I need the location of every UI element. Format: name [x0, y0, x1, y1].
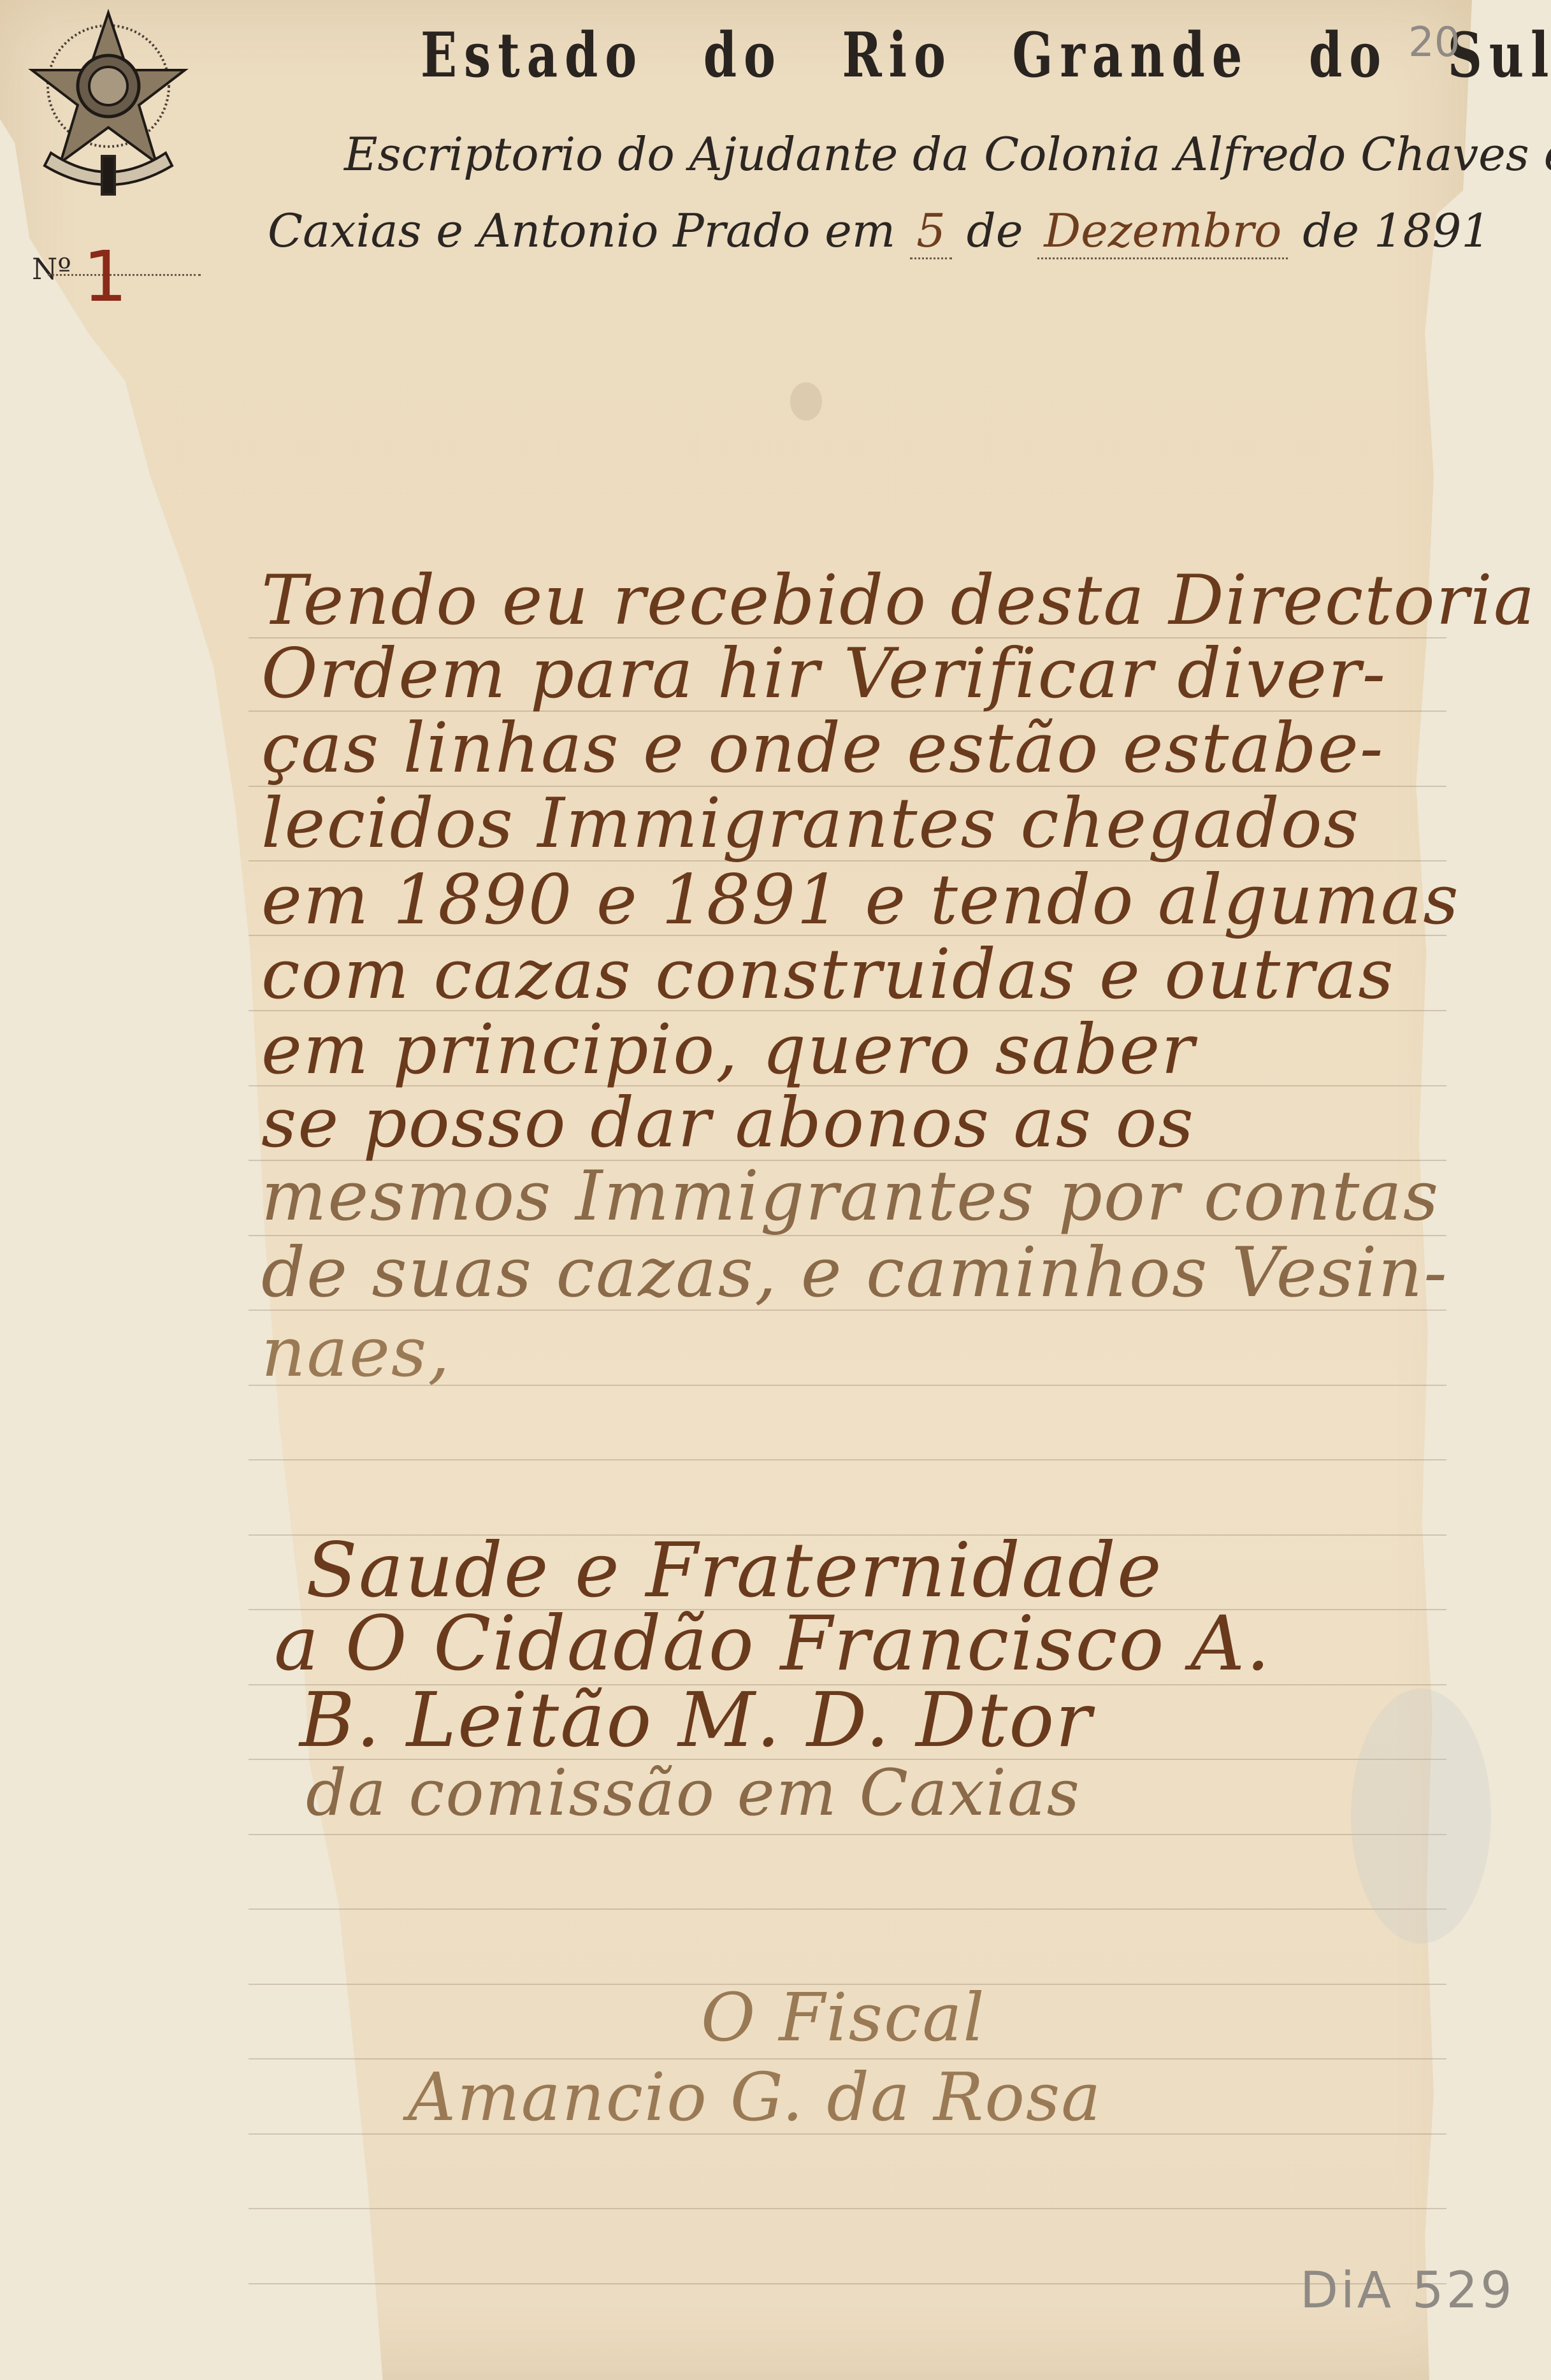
body-line: lecidos Immigrantes chegados — [261, 784, 1360, 863]
closing-line: B. Leitão M. D. Dtor — [299, 1676, 1093, 1764]
date-year: 1891 — [1374, 204, 1490, 257]
office-line-2: Caxias e Antonio Prado em 5 de Dezembro … — [268, 204, 1490, 259]
date-day: 5 — [916, 204, 946, 257]
body-line: Tendo eu recebido desta Directoria — [261, 561, 1536, 640]
body-line: naes, — [261, 1313, 451, 1392]
body-line: em 1890 e 1891 e tendo algumas — [261, 860, 1460, 940]
ruled-line — [249, 1908, 1446, 1910]
body-line: de suas cazas, e caminhos Vesin- — [261, 1233, 1448, 1313]
paper-stain — [790, 382, 822, 421]
coat-of-arms-icon — [25, 6, 191, 198]
date-month-field: Dezembro — [1037, 204, 1288, 259]
body-line: ças linhas e onde estão estabe- — [261, 709, 1384, 788]
office-location: Caxias e Antonio Prado em — [268, 204, 895, 257]
archive-code: DiA 529 — [1300, 2262, 1515, 2319]
number-value: 1 — [83, 236, 127, 317]
body-line: em principio, quero saber — [261, 1010, 1195, 1090]
date-day-field: 5 — [910, 204, 952, 259]
date-month: Dezembro — [1044, 204, 1281, 257]
office-line-1: Escriptorio do Ajudante da Colonia Alfre… — [344, 127, 1551, 181]
title-word: Estado — [421, 19, 644, 91]
date-de: de — [967, 204, 1023, 257]
title-word: do — [1309, 19, 1388, 91]
letterhead-title: Estado do Rio Grande do Sul — [421, 19, 1551, 91]
closing-line: da comissão em Caxias — [306, 1756, 1081, 1830]
title-word: Sul — [1448, 19, 1551, 91]
number-label: Nº — [32, 252, 71, 286]
ruled-line — [249, 2283, 1446, 2284]
body-line: se posso dar abonos as os — [261, 1083, 1195, 1163]
body-line: com cazas construidas e outras — [261, 935, 1395, 1014]
ruled-line — [249, 1459, 1446, 1460]
closing-line: a O Cidadão Francisco A. — [274, 1599, 1271, 1687]
signature-name: Amancio G. da Rosa — [408, 2058, 1102, 2136]
paper-stain — [1351, 1689, 1491, 1944]
title-word: Rio — [842, 19, 953, 91]
body-line: Ordem para hir Verificar diver- — [261, 634, 1387, 714]
title-word: Grande — [1012, 19, 1249, 91]
corner-pencil-number: 20 — [1408, 19, 1460, 66]
body-line: mesmos Immigrantes por contas — [261, 1157, 1439, 1236]
signature-title: O Fiscal — [701, 1979, 986, 2056]
date-de: de — [1302, 204, 1359, 257]
ruled-line — [249, 2208, 1446, 2209]
title-word: do — [703, 19, 783, 91]
ruled-line — [249, 1834, 1446, 1835]
